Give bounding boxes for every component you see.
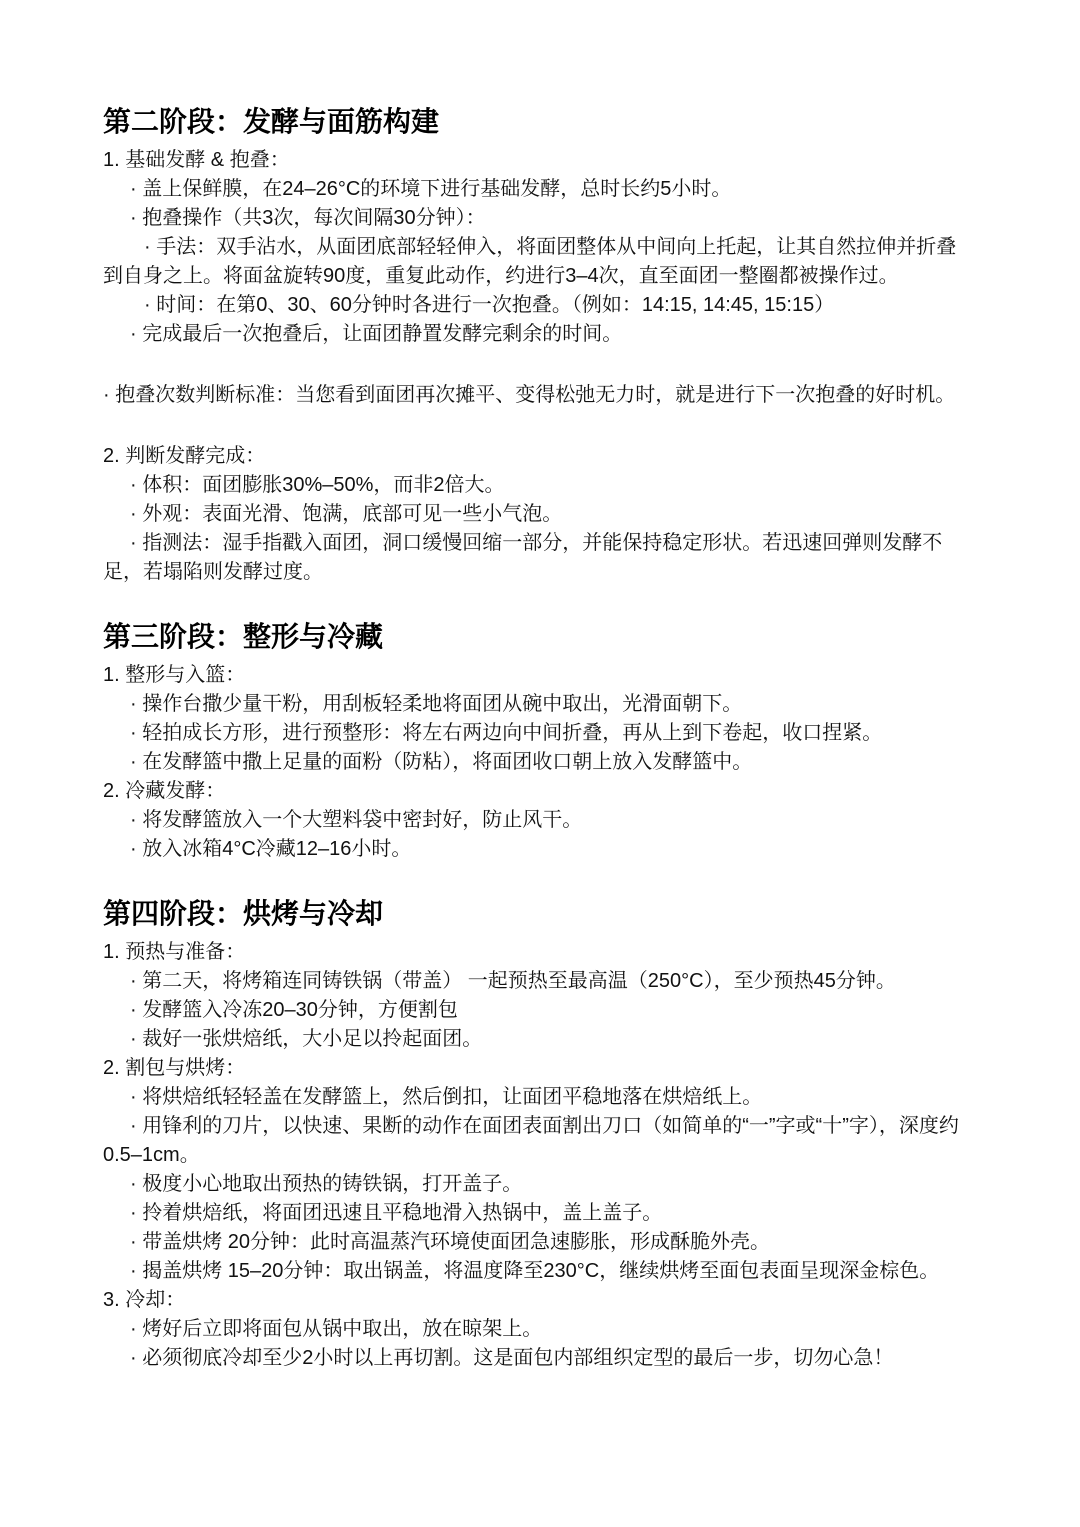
document-page: 第二阶段：发酵与面筋构建1. 基础发酵 & 抱叠：· 盖上保鲜膜，在24–26°… bbox=[0, 0, 1080, 1527]
numbered-item: 1. 预热与准备： bbox=[103, 938, 971, 967]
bullet-item: · 极度小心地取出预热的铸铁锅，打开盖子。 bbox=[103, 1170, 971, 1199]
bullet-item: · 体积：面团膨胀30%–50%，而非2倍大。 bbox=[103, 471, 971, 500]
section-1: 第二阶段：发酵与面筋构建1. 基础发酵 & 抱叠：· 盖上保鲜膜，在24–26°… bbox=[103, 104, 971, 587]
bullet-item: · 用锋利的刀片，以快速、果断的动作在面团表面割出刀口（如简单的“一”字或“十”… bbox=[103, 1112, 971, 1170]
numbered-item: 1. 基础发酵 & 抱叠： bbox=[103, 146, 971, 175]
bullet-item: · 外观：表面光滑、饱满，底部可见一些小气泡。 bbox=[103, 500, 971, 529]
bullet-item: · 手法：双手沾水，从面团底部轻轻伸入，将面团整体从中间向上托起，让其自然拉伸并… bbox=[103, 233, 971, 291]
numbered-item: 2. 割包与烘烤： bbox=[103, 1054, 971, 1083]
bullet-item: · 必须彻底冷却至少2小时以上再切割。这是面包内部组织定型的最后一步，切勿心急！ bbox=[103, 1344, 971, 1373]
bullet-item: · 烤好后立即将面包从锅中取出，放在晾架上。 bbox=[103, 1315, 971, 1344]
bullet-item: · 指测法：湿手指戳入面团，洞口缓慢回缩一部分，并能保持稳定形状。若迅速回弹则发… bbox=[103, 529, 971, 587]
numbered-item: 3. 冷却： bbox=[103, 1286, 971, 1315]
bullet-item: · 拎着烘焙纸，将面团迅速且平稳地滑入热锅中，盖上盖子。 bbox=[103, 1199, 971, 1228]
bullet-item: · 完成最后一次抱叠后，让面团静置发酵完剩余的时间。 bbox=[103, 320, 971, 349]
section-heading: 第三阶段：整形与冷藏 bbox=[103, 619, 971, 655]
bullet-item: · 时间：在第0、30、60分钟时各进行一次抱叠。（例如：14:15, 14:4… bbox=[103, 291, 971, 320]
section-2: 第三阶段：整形与冷藏1. 整形与入篮：· 操作台撒少量干粉，用刮板轻柔地将面团从… bbox=[103, 619, 971, 864]
bullet-item: · 操作台撒少量干粉，用刮板轻柔地将面团从碗中取出，光滑面朝下。 bbox=[103, 690, 971, 719]
bullet-item: · 揭盖烘烤 15–20分钟：取出锅盖，将温度降至230°C，继续烘烤至面包表面… bbox=[103, 1257, 971, 1286]
bullet-item: · 轻拍成长方形，进行预整形：将左右两边向中间折叠，再从上到下卷起，收口捏紧。 bbox=[103, 719, 971, 748]
document-body: 第二阶段：发酵与面筋构建1. 基础发酵 & 抱叠：· 盖上保鲜膜，在24–26°… bbox=[103, 104, 971, 1373]
section-3: 第四阶段：烘烤与冷却1. 预热与准备：· 第二天，将烤箱连同铸铁锅（带盖） 一起… bbox=[103, 896, 971, 1373]
numbered-item: 2. 冷藏发酵： bbox=[103, 777, 971, 806]
bullet-item: · 第二天，将烤箱连同铸铁锅（带盖） 一起预热至最高温（250°C），至少预热4… bbox=[103, 967, 971, 996]
section-heading: 第四阶段：烘烤与冷却 bbox=[103, 896, 971, 932]
bullet-item: · 在发酵篮中撒上足量的面粉（防粘），将面团收口朝上放入发酵篮中。 bbox=[103, 748, 971, 777]
numbered-item: 1. 整形与入篮： bbox=[103, 661, 971, 690]
bullet-item: · 裁好一张烘焙纸，大小足以拎起面团。 bbox=[103, 1025, 971, 1054]
bullet-item: · 将发酵篮放入一个大塑料袋中密封好，防止风干。 bbox=[103, 806, 971, 835]
section-heading: 第二阶段：发酵与面筋构建 bbox=[103, 104, 971, 140]
bullet-item: · 抱叠次数判断标准：当您看到面团再次摊平、变得松弛无力时，就是进行下一次抱叠的… bbox=[103, 381, 971, 410]
bullet-item: · 带盖烘烤 20分钟：此时高温蒸汽环境使面团急速膨胀，形成酥脆外壳。 bbox=[103, 1228, 971, 1257]
numbered-item: 2. 判断发酵完成： bbox=[103, 442, 971, 471]
bullet-item: · 盖上保鲜膜，在24–26°C的环境下进行基础发酵，总时长约5小时。 bbox=[103, 175, 971, 204]
bullet-item: · 将烘焙纸轻轻盖在发酵篮上，然后倒扣，让面团平稳地落在烘焙纸上。 bbox=[103, 1083, 971, 1112]
bullet-item: · 发酵篮入冷冻20–30分钟，方便割包 bbox=[103, 996, 971, 1025]
bullet-item: · 抱叠操作（共3次，每次间隔30分钟）： bbox=[103, 204, 971, 233]
bullet-item: · 放入冰箱4°C冷藏12–16小时。 bbox=[103, 835, 971, 864]
